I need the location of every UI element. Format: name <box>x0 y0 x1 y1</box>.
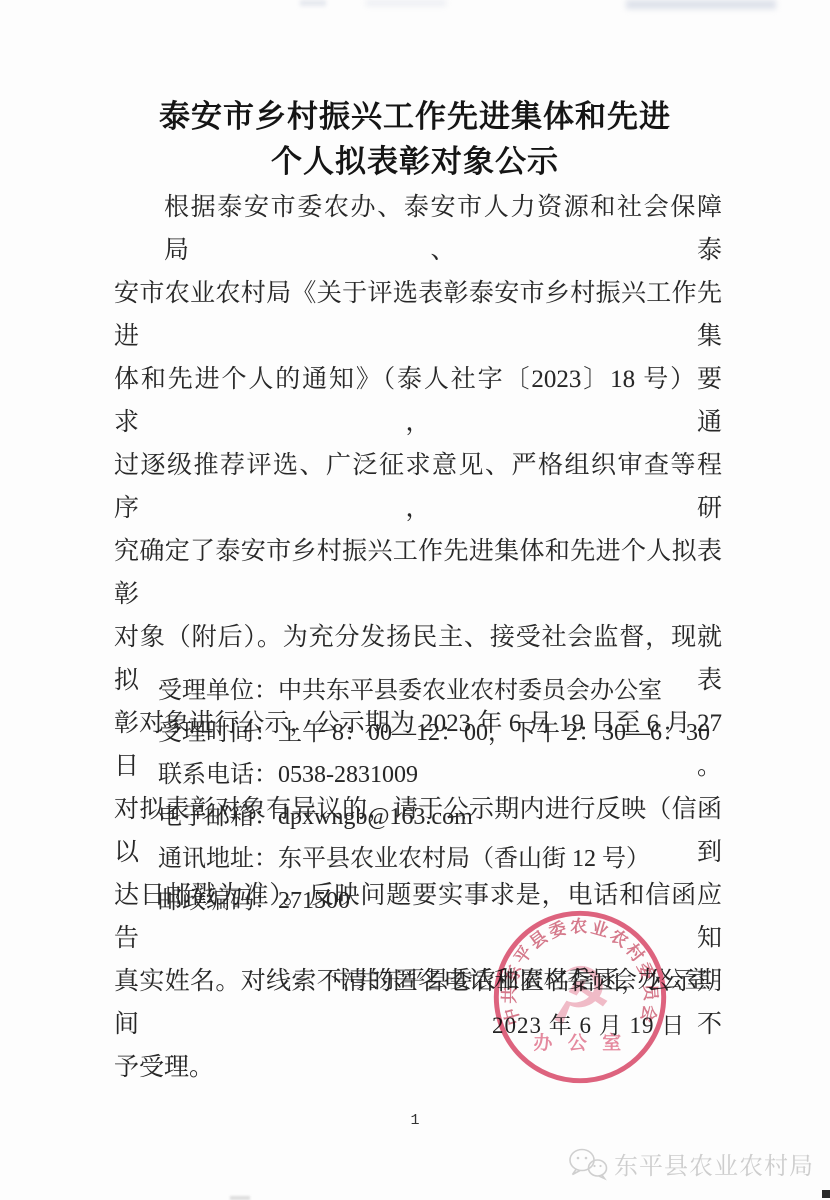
body-line: 根据泰安市委农办、泰安市人力资源和社会保障局、泰 <box>114 186 722 272</box>
notice-title: 泰安市乡村振兴工作先进集体和先进 个人拟表彰对象公示 <box>0 94 830 184</box>
page-number: 1 <box>0 1112 830 1129</box>
official-seal: 中共东平县委农业农村委员会 ☭ 办 公 室 <box>488 907 672 1087</box>
watermark-text: 东平县农业农村局 <box>614 1146 814 1181</box>
body-line: 体和先进个人的通知》（泰人社字〔2023〕18 号）要求，通 <box>114 358 722 444</box>
body-line: 安市农业农村局《关于评选表彰泰安市乡村振兴工作先进集 <box>114 272 722 358</box>
contact-list: 受理单位：中共东平县委农业农村委员会办公室 受理时间：上午 8：00—12：00… <box>158 670 710 922</box>
scan-smudge <box>230 1196 250 1200</box>
notice-title-line2: 个人拟表彰对象公示 <box>0 139 830 184</box>
watermark: 东平县农业农村局 <box>567 1146 814 1181</box>
scan-corner-mark <box>822 1190 830 1198</box>
document-page: 泰安市乡村振兴工作先进集体和先进 个人拟表彰对象公示 根据泰安市委农办、泰安市人… <box>0 0 830 1200</box>
scan-smudge <box>300 0 326 6</box>
contact-line-unit: 受理单位：中共东平县委农业农村委员会办公室 <box>158 670 710 712</box>
scan-smudge <box>366 0 446 6</box>
contact-line-phone: 联系电话：0538-2831009 <box>158 754 710 796</box>
contact-line-hours: 受理时间：上午 8：00—12：00，下午 2：30—6：30 <box>158 712 710 754</box>
contact-line-address: 通讯地址：东平县农业农村局（香山街 12 号） <box>158 838 710 880</box>
wechat-icon <box>567 1147 609 1181</box>
body-line: 过逐级推荐评选、广泛征求意见、严格组织审查等程序，研 <box>114 444 722 530</box>
seal-office-text: 办 公 室 <box>533 1031 626 1054</box>
scan-smudge <box>626 0 776 9</box>
contact-line-email: 电子邮箱：dpxwngb@163.com <box>158 796 710 838</box>
body-line: 究确定了泰安市乡村振兴工作先进集体和先进个人拟表彰 <box>114 530 722 616</box>
notice-title-line1: 泰安市乡村振兴工作先进集体和先进 <box>0 94 830 139</box>
party-emblem-icon: ☭ <box>539 947 618 1044</box>
